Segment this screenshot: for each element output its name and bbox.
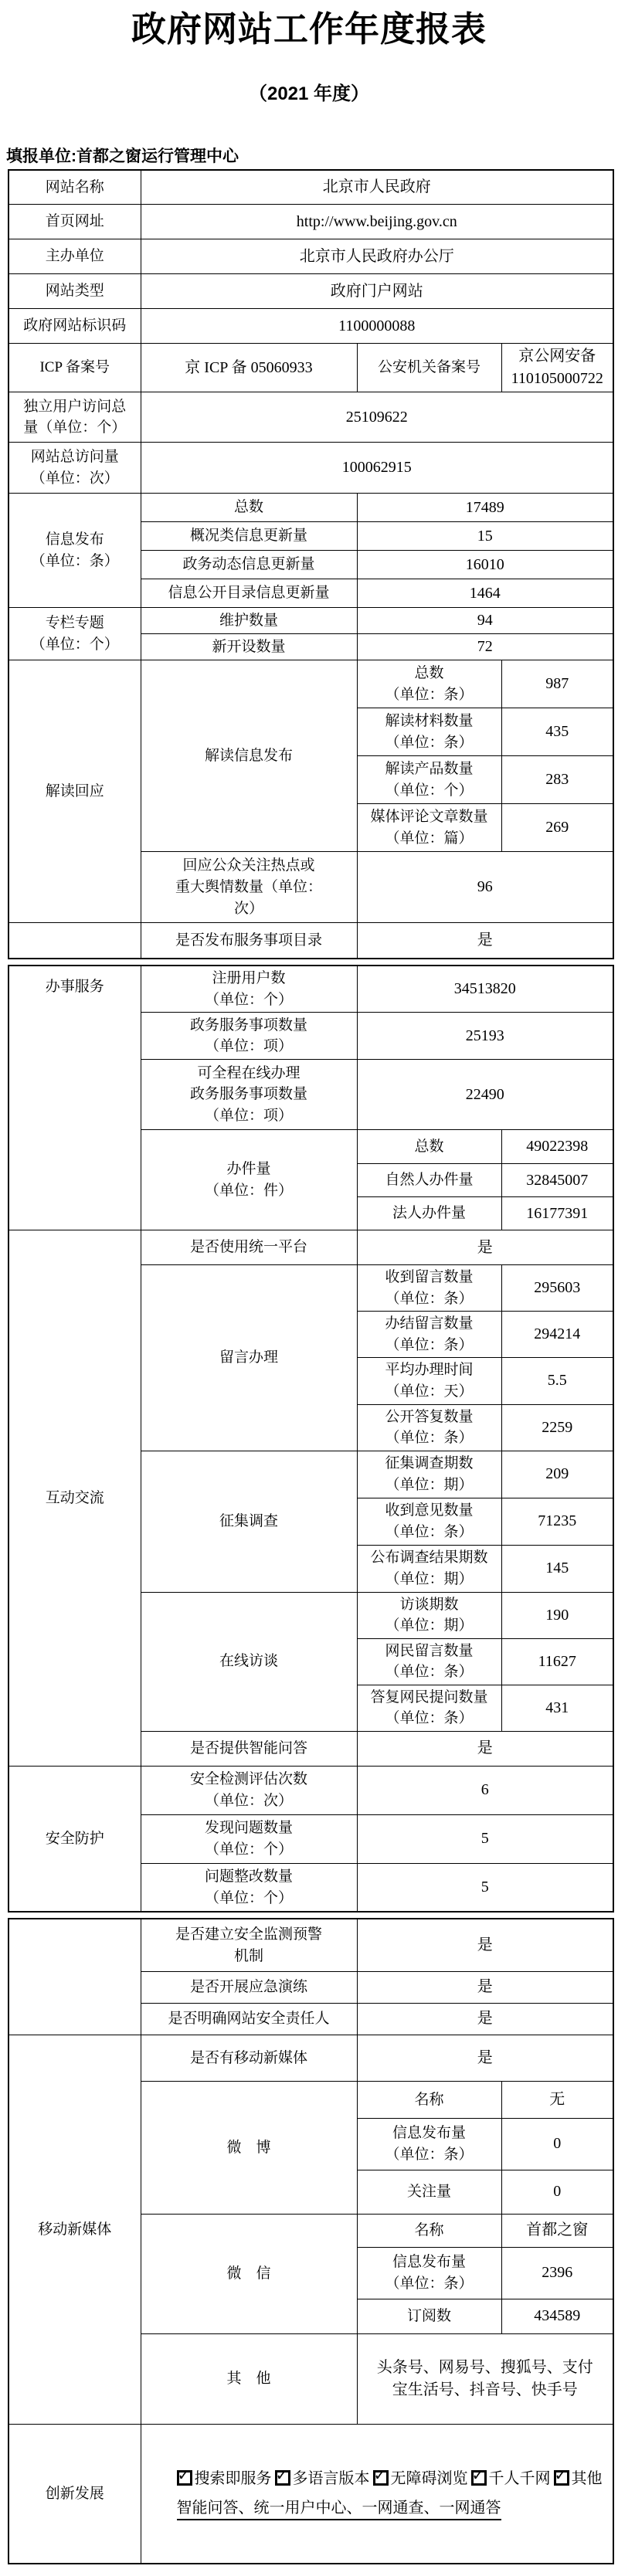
interview-row-value: 431 bbox=[501, 1685, 613, 1731]
homepage-url-value: http://www.beijing.gov.cn bbox=[141, 205, 613, 239]
police-record-value: 京公网安备 110105000722 bbox=[501, 344, 613, 392]
site-code-value: 1100000088 bbox=[141, 309, 613, 344]
unified-platform-value: 是 bbox=[357, 1230, 613, 1265]
interview-row-label: 网民留言数量 （单位：条） bbox=[357, 1638, 501, 1685]
security-row-value: 5 bbox=[357, 1814, 613, 1863]
security-mechanism-label: 是否建立安全监测预警 机制 bbox=[141, 1919, 357, 1971]
smart-qa-value: 是 bbox=[357, 1731, 613, 1766]
innovation-option: 多语言版本 bbox=[272, 2470, 370, 2487]
innovation-option-label: 其他 bbox=[572, 2470, 603, 2487]
interview-row-value: 190 bbox=[501, 1592, 613, 1638]
interpretation-group-label: 解读回应 bbox=[8, 660, 141, 923]
organizer-label: 主办单位 bbox=[8, 239, 141, 274]
table-row: 政府网站标识码 1100000088 bbox=[8, 309, 613, 344]
survey-row-value: 71235 bbox=[501, 1498, 613, 1545]
security-row-value: 6 bbox=[357, 1766, 613, 1814]
page-subtitle: （2021 年度） bbox=[0, 85, 618, 104]
services-row-value: 22490 bbox=[357, 1060, 613, 1130]
weibo-row-value: 无 bbox=[501, 2081, 613, 2118]
table-row: 主办单位 北京市人民政府办公厅 bbox=[8, 239, 613, 274]
message-row-label: 办结留言数量 （单位：条） bbox=[357, 1312, 501, 1358]
wechat-row-value: 434589 bbox=[501, 2299, 613, 2333]
interpretation-row-label: 解读产品数量 （单位：个） bbox=[357, 756, 501, 804]
checkbox-checked-icon bbox=[275, 2470, 290, 2486]
innovation-option: 搜索即服务 bbox=[177, 2470, 272, 2487]
survey-row-value: 209 bbox=[501, 1451, 613, 1498]
service-catalog-value: 是 bbox=[357, 923, 613, 959]
weibo-row-label: 关注量 bbox=[357, 2170, 501, 2214]
table-row: 解读回应 解读信息发布 总数 （单位：条） 987 bbox=[8, 660, 613, 708]
service-catalog-label: 是否发布服务事项目录 bbox=[141, 923, 357, 959]
innovation-option-label: 无障碍浏览 bbox=[391, 2470, 468, 2487]
innovation-other-detail: 智能问答、统一用户中心、一网通查、一网通答 bbox=[177, 2500, 501, 2520]
site-code-label: 政府网站标识码 bbox=[8, 309, 141, 344]
empty-group-cell bbox=[8, 923, 141, 959]
innovation-group-label: 创新发展 bbox=[8, 2424, 141, 2564]
interpretation-row-label: 总数 （单位：条） bbox=[357, 660, 501, 708]
table-row: 信息发布 （单位：条） 总数 17489 bbox=[8, 494, 613, 522]
interaction-group-label: 互动交流 bbox=[8, 1230, 141, 1767]
interpretation-row-value: 987 bbox=[501, 660, 613, 708]
table-row: 办事服务 注册用户数 （单位：个） 34513820 bbox=[8, 966, 613, 1013]
security-row-label: 安全检测评估次数 （单位：次） bbox=[141, 1766, 357, 1814]
site-name-value: 北京市人民政府 bbox=[141, 170, 613, 205]
table-row: 网站名称 北京市人民政府 bbox=[8, 170, 613, 205]
innovation-option-label: 千人千网 bbox=[489, 2470, 551, 2487]
mobile-media-group-label: 移动新媒体 bbox=[8, 2035, 141, 2424]
info-release-row-label: 政务动态信息更新量 bbox=[141, 551, 357, 579]
services-row-value: 34513820 bbox=[357, 966, 613, 1013]
site-name-label: 网站名称 bbox=[8, 170, 141, 205]
cases-row-value: 32845007 bbox=[501, 1164, 613, 1197]
table-row: 互动交流 是否使用统一平台 是 bbox=[8, 1230, 613, 1265]
security-row-value: 5 bbox=[357, 1863, 613, 1912]
survey-row-label: 公布调查结果期数 （单位：期） bbox=[357, 1545, 501, 1592]
interpretation-row-label: 媒体评论文章数量 （单位：篇） bbox=[357, 804, 501, 852]
survey-row-label: 收到意见数量 （单位：条） bbox=[357, 1498, 501, 1545]
innovation-option-label: 搜索即服务 bbox=[195, 2470, 272, 2487]
services-row-label: 政务服务事项数量 （单位：项） bbox=[141, 1013, 357, 1060]
cases-row-label: 法人办件量 bbox=[357, 1197, 501, 1230]
weibo-row-value: 0 bbox=[501, 2118, 613, 2170]
surveys-group-label: 征集调查 bbox=[141, 1451, 357, 1592]
table-row: 专栏专题 （单位：个） 维护数量 94 bbox=[8, 608, 613, 634]
table-row: 网站总访问量 （单位：次） 100062915 bbox=[8, 443, 613, 494]
security-mechanism-value: 是 bbox=[357, 2003, 613, 2035]
message-row-value: 295603 bbox=[501, 1265, 613, 1312]
message-row-value: 294214 bbox=[501, 1312, 613, 1358]
cases-group-label: 办件量 （单位：件） bbox=[141, 1130, 357, 1230]
innovation-option: 其他 bbox=[551, 2470, 603, 2487]
security-row-label: 发现问题数量 （单位：个） bbox=[141, 1814, 357, 1863]
total-visits-value: 100062915 bbox=[141, 443, 613, 494]
unified-platform-label: 是否使用统一平台 bbox=[141, 1230, 357, 1265]
services-row-label: 注册用户数 （单位：个） bbox=[141, 966, 357, 1013]
annual-report-table-services: 办事服务 注册用户数 （单位：个） 34513820 政务服务事项数量 （单位：… bbox=[8, 965, 614, 1913]
interview-row-label: 访谈期数 （单位：期） bbox=[357, 1592, 501, 1638]
interview-row-label: 答复网民提问数量 （单位：条） bbox=[357, 1685, 501, 1731]
info-release-row-value: 1464 bbox=[357, 579, 613, 608]
info-release-row-label: 信息公开目录信息更新量 bbox=[141, 579, 357, 608]
services-group-label: 办事服务 bbox=[8, 966, 141, 1230]
table-row: ICP 备案号 京 ICP 备 05060933 公安机关备案号 京公网安备 1… bbox=[8, 344, 613, 392]
page-bottom-margin bbox=[0, 2564, 618, 2576]
cases-row-label: 总数 bbox=[357, 1130, 501, 1164]
info-release-group-label: 信息发布 （单位：条） bbox=[8, 494, 141, 608]
interpretation-row-value: 269 bbox=[501, 804, 613, 852]
other-media-label: 其 他 bbox=[141, 2333, 357, 2424]
interpretation-row-value: 435 bbox=[501, 708, 613, 756]
info-release-row-label: 总数 bbox=[141, 494, 357, 522]
total-visits-label: 网站总访问量 （单位：次） bbox=[8, 443, 141, 494]
page-title: 政府网站工作年度报表 bbox=[0, 9, 618, 49]
security-mechanism-label: 是否开展应急演练 bbox=[141, 1971, 357, 2003]
other-media-value: 头条号、网易号、搜狐号、支付 宝生活号、抖音号、快手号 bbox=[357, 2333, 613, 2424]
services-row-value: 25193 bbox=[357, 1013, 613, 1060]
homepage-url-label: 首页网址 bbox=[8, 205, 141, 239]
wechat-row-label: 名称 bbox=[357, 2214, 501, 2247]
checkbox-checked-icon bbox=[177, 2470, 192, 2486]
police-record-label: 公安机关备案号 bbox=[357, 344, 501, 392]
message-row-value: 2259 bbox=[501, 1404, 613, 1451]
services-row-label: 可全程在线办理 政务服务事项数量 （单位：项） bbox=[141, 1060, 357, 1130]
annual-report-table-basic: 网站名称 北京市人民政府 首页网址 http://www.beijing.gov… bbox=[8, 169, 614, 959]
special-topics-group-label: 专栏专题 （单位：个） bbox=[8, 608, 141, 660]
icp-value: 京 ICP 备 05060933 bbox=[141, 344, 357, 392]
smart-qa-label: 是否提供智能问答 bbox=[141, 1731, 357, 1766]
message-row-label: 平均办理时间 （单位：天） bbox=[357, 1358, 501, 1404]
innovation-option-label: 多语言版本 bbox=[293, 2470, 370, 2487]
table-row: 安全防护 安全检测评估次数 （单位：次） 6 bbox=[8, 1766, 613, 1814]
has-media-label: 是否有移动新媒体 bbox=[141, 2035, 357, 2081]
interpretation-publish-label: 解读信息发布 bbox=[141, 660, 357, 852]
table-row: 网站类型 政府门户网站 bbox=[8, 274, 613, 309]
info-release-row-value: 16010 bbox=[357, 551, 613, 579]
interpretation-row-value: 283 bbox=[501, 756, 613, 804]
hot-response-label: 回应公众关注热点或 重大舆情数量（单位： 次） bbox=[141, 852, 357, 923]
cases-row-value: 16177391 bbox=[501, 1197, 613, 1230]
hot-response-value: 96 bbox=[357, 852, 613, 923]
security-group-label: 安全防护 bbox=[8, 1766, 141, 1912]
table-row: 移动新媒体 是否有移动新媒体 是 bbox=[8, 2035, 613, 2081]
message-row-value: 5.5 bbox=[501, 1358, 613, 1404]
interviews-group-label: 在线访谈 bbox=[141, 1592, 357, 1731]
info-release-row-value: 17489 bbox=[357, 494, 613, 522]
security-mechanism-label: 是否明确网站安全责任人 bbox=[141, 2003, 357, 2035]
wechat-row-value: 首都之窗 bbox=[501, 2214, 613, 2247]
checkbox-checked-icon bbox=[373, 2470, 389, 2486]
special-topics-row-label: 维护数量 bbox=[141, 608, 357, 634]
unique-visitors-label: 独立用户访问总 量（单位：个） bbox=[8, 392, 141, 443]
wechat-row-value: 2396 bbox=[501, 2247, 613, 2299]
site-type-label: 网站类型 bbox=[8, 274, 141, 309]
icp-label: ICP 备案号 bbox=[8, 344, 141, 392]
cases-row-value: 49022398 bbox=[501, 1130, 613, 1164]
site-type-value: 政府门户网站 bbox=[141, 274, 613, 309]
empty-group-cell bbox=[8, 1919, 141, 2035]
cases-row-label: 自然人办件量 bbox=[357, 1164, 501, 1197]
organizer-value: 北京市人民政府办公厅 bbox=[141, 239, 613, 274]
security-mechanism-value: 是 bbox=[357, 1971, 613, 2003]
table-row: 是否发布服务事项目录 是 bbox=[8, 923, 613, 959]
unique-visitors-value: 25109622 bbox=[141, 392, 613, 443]
innovation-content: 搜索即服务多语言版本无障碍浏览千人千网其他 智能问答、统一用户中心、一网通查、一… bbox=[141, 2424, 613, 2564]
table-row: 首页网址 http://www.beijing.gov.cn bbox=[8, 205, 613, 239]
innovation-other-detail-line: 智能问答、统一用户中心、一网通查、一网通答 bbox=[177, 2497, 609, 2520]
weibo-row-value: 0 bbox=[501, 2170, 613, 2214]
interview-row-value: 11627 bbox=[501, 1638, 613, 1685]
annual-report-table-media: 是否建立安全监测预警 机制 是 是否开展应急演练 是 是否明确网站安全责任人 是… bbox=[8, 1918, 614, 2564]
special-topics-row-value: 72 bbox=[357, 634, 613, 660]
special-topics-row-value: 94 bbox=[357, 608, 613, 634]
checkbox-checked-icon bbox=[471, 2470, 487, 2486]
wechat-row-label: 订阅数 bbox=[357, 2299, 501, 2333]
survey-row-label: 征集调查期数 （单位：期） bbox=[357, 1451, 501, 1498]
innovation-option: 无障碍浏览 bbox=[370, 2470, 468, 2487]
survey-row-value: 145 bbox=[501, 1545, 613, 1592]
interpretation-row-label: 解读材料数量 （单位：条） bbox=[357, 708, 501, 756]
innovation-option: 千人千网 bbox=[468, 2470, 551, 2487]
table-row: 创新发展 搜索即服务多语言版本无障碍浏览千人千网其他 智能问答、统一用户中心、一… bbox=[8, 2424, 613, 2564]
security-row-label: 问题整改数量 （单位：个） bbox=[141, 1863, 357, 1912]
security-mechanism-value: 是 bbox=[357, 1919, 613, 1971]
weibo-group-label: 微 博 bbox=[141, 2081, 357, 2214]
checkbox-checked-icon bbox=[554, 2470, 569, 2486]
message-handling-group-label: 留言办理 bbox=[141, 1265, 357, 1451]
wechat-group-label: 微 信 bbox=[141, 2214, 357, 2333]
table-row: 独立用户访问总 量（单位：个） 25109622 bbox=[8, 392, 613, 443]
innovation-options-line: 搜索即服务多语言版本无障碍浏览千人千网其他 bbox=[177, 2468, 609, 2489]
info-release-row-value: 15 bbox=[357, 522, 613, 551]
weibo-row-label: 信息发布量 （单位：条） bbox=[357, 2118, 501, 2170]
reporting-unit: 填报单位:首都之窗运行管理中心 bbox=[6, 148, 618, 165]
weibo-row-label: 名称 bbox=[357, 2081, 501, 2118]
special-topics-row-label: 新开设数量 bbox=[141, 634, 357, 660]
table-row: 是否建立安全监测预警 机制 是 bbox=[8, 1919, 613, 1971]
wechat-row-label: 信息发布量 （单位：条） bbox=[357, 2247, 501, 2299]
has-media-value: 是 bbox=[357, 2035, 613, 2081]
info-release-row-label: 概况类信息更新量 bbox=[141, 522, 357, 551]
message-row-label: 收到留言数量 （单位：条） bbox=[357, 1265, 501, 1312]
message-row-label: 公开答复数量 （单位：条） bbox=[357, 1404, 501, 1451]
